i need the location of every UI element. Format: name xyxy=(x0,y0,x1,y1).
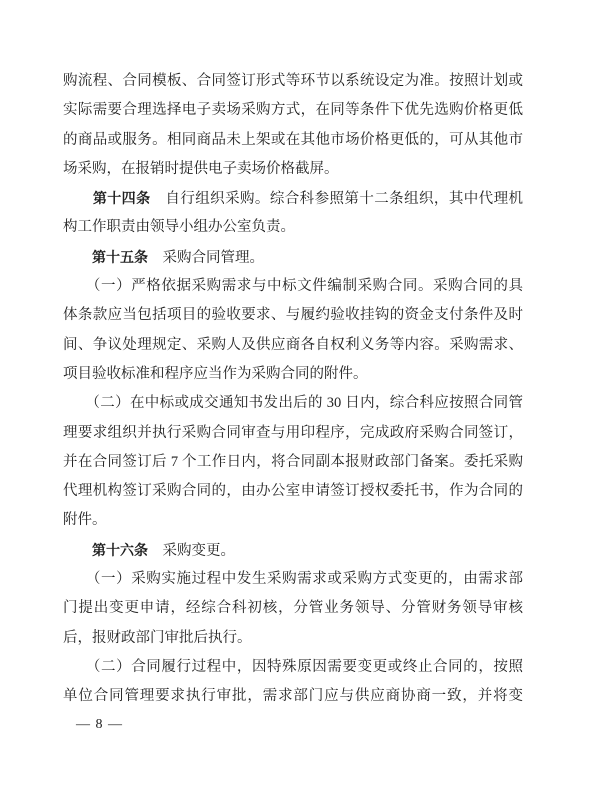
text-line: （二）在中标或成交通知书发出后的 30 日内，综合科应按照合同管 xyxy=(63,389,523,418)
text-line: 项目验收标准和程序应当作为采购合同的附件。 xyxy=(63,360,523,389)
text-segment: 单位合同管理要求执行审批，需求部门应与供应商协商一致，并将变 xyxy=(63,688,523,704)
text-segment: （一）采购实施过程中发生采购需求或采购方式变更的，由需求部 xyxy=(63,571,523,587)
text-line: 实际需要合理选择电子卖场采购方式，在同等条件下优先选购价格更低 xyxy=(63,96,523,125)
text-line: 购流程、合同模板、合同签订形式等环节以系统设定为准。按照计划或 xyxy=(63,67,523,96)
text-segment: 场采购，在报销时提供电子卖场价格截屏。 xyxy=(63,161,339,177)
text-segment: （一）严格依据采购需求与中标文件编制采购合同。采购合同的具 xyxy=(63,278,523,294)
text-line: 第十五条 采购合同管理。 xyxy=(63,243,523,272)
document-body: 购流程、合同模板、合同签订形式等环节以系统设定为准。按照计划或实际需要合理选择电… xyxy=(63,67,523,712)
text-line: 的商品或服务。相同商品未上架或在其他市场价格更低的，可从其他市 xyxy=(63,126,523,155)
text-segment: 项目验收标准和程序应当作为采购合同的附件。 xyxy=(63,366,368,382)
text-segment: 门提出变更申请，经综合科初核，分管业务领导、分管财务领导审核 xyxy=(63,600,523,616)
text-segment: 实际需要合理选择电子卖场采购方式，在同等条件下优先选购价格更低 xyxy=(63,102,523,118)
text-line: 代理机构签订采购合同的，由办公室申请签订授权委托书，作为合同的 xyxy=(63,477,523,506)
text-segment: 并在合同签订后 7 个工作日内，将合同副本报财政部门备案。委托采购 xyxy=(63,454,523,470)
text-segment: 的商品或服务。相同商品未上架或在其他市场价格更低的，可从其他市 xyxy=(63,132,523,148)
document-page: 购流程、合同模板、合同签订形式等环节以系统设定为准。按照计划或实际需要合理选择电… xyxy=(0,0,600,789)
text-segment: 理要求组织并执行采购合同审查与用印程序，完成政府采购合同签订， xyxy=(63,425,523,441)
text-line: 第十四条 自行组织采购。综合科参照第十二条组织，其中代理机 xyxy=(63,184,523,213)
text-segment: （二）合同履行过程中，因特殊原因需要变更或终止合同的，按照 xyxy=(63,659,523,675)
page-number: — 8 — xyxy=(76,715,123,735)
text-line: 间、争议处理规定、采购人及供应商各自权利义务等内容。采购需求、 xyxy=(63,331,523,360)
article-heading: 第十五条 xyxy=(92,249,148,265)
text-segment: 采购变更。 xyxy=(148,543,235,559)
text-line: 场采购，在报销时提供电子卖场价格截屏。 xyxy=(63,155,523,184)
text-segment xyxy=(63,543,92,559)
article-heading: 第十六条 xyxy=(92,542,148,558)
text-line: 构工作职责由领导小组办公室负责。 xyxy=(63,213,523,242)
text-segment: 自行组织采购。综合科参照第十二条组织，其中代理机 xyxy=(151,191,523,207)
text-segment: 购流程、合同模板、合同签订形式等环节以系统设定为准。按照计划或 xyxy=(63,73,523,89)
text-segment: 构工作职责由领导小组办公室负责。 xyxy=(63,219,295,235)
text-line: 后，报财政部门审批后执行。 xyxy=(63,624,523,653)
text-line: 体条款应当包括项目的验收要求、与履约验收挂钩的资金支付条件及时 xyxy=(63,301,523,330)
text-line: 理要求组织并执行采购合同审查与用印程序，完成政府采购合同签订， xyxy=(63,419,523,448)
text-segment: 间、争议处理规定、采购人及供应商各自权利义务等内容。采购需求、 xyxy=(63,337,523,353)
text-line: 门提出变更申请，经综合科初核，分管业务领导、分管财务领导审核 xyxy=(63,594,523,623)
text-segment: 后，报财政部门审批后执行。 xyxy=(63,630,252,646)
text-segment: （二）在中标或成交通知书发出后的 30 日内，综合科应按照合同管 xyxy=(63,395,523,411)
text-line: （一）严格依据采购需求与中标文件编制采购合同。采购合同的具 xyxy=(63,272,523,301)
text-line: 附件。 xyxy=(63,506,523,535)
text-segment: 体条款应当包括项目的验收要求、与履约验收挂钩的资金支付条件及时 xyxy=(63,307,523,323)
text-line: 并在合同签订后 7 个工作日内，将合同副本报财政部门备案。委托采购 xyxy=(63,448,523,477)
text-segment: 采购合同管理。 xyxy=(148,250,264,266)
text-segment xyxy=(63,191,93,207)
text-segment xyxy=(63,250,92,266)
text-line: （二）合同履行过程中，因特殊原因需要变更或终止合同的，按照 xyxy=(63,653,523,682)
article-heading: 第十四条 xyxy=(93,190,151,206)
text-segment: 代理机构签订采购合同的，由办公室申请签订授权委托书，作为合同的 xyxy=(63,483,523,499)
text-segment: 附件。 xyxy=(63,512,107,528)
text-line: （一）采购实施过程中发生采购需求或采购方式变更的，由需求部 xyxy=(63,565,523,594)
text-line: 单位合同管理要求执行审批，需求部门应与供应商协商一致，并将变 xyxy=(63,682,523,711)
text-line: 第十六条 采购变更。 xyxy=(63,536,523,565)
